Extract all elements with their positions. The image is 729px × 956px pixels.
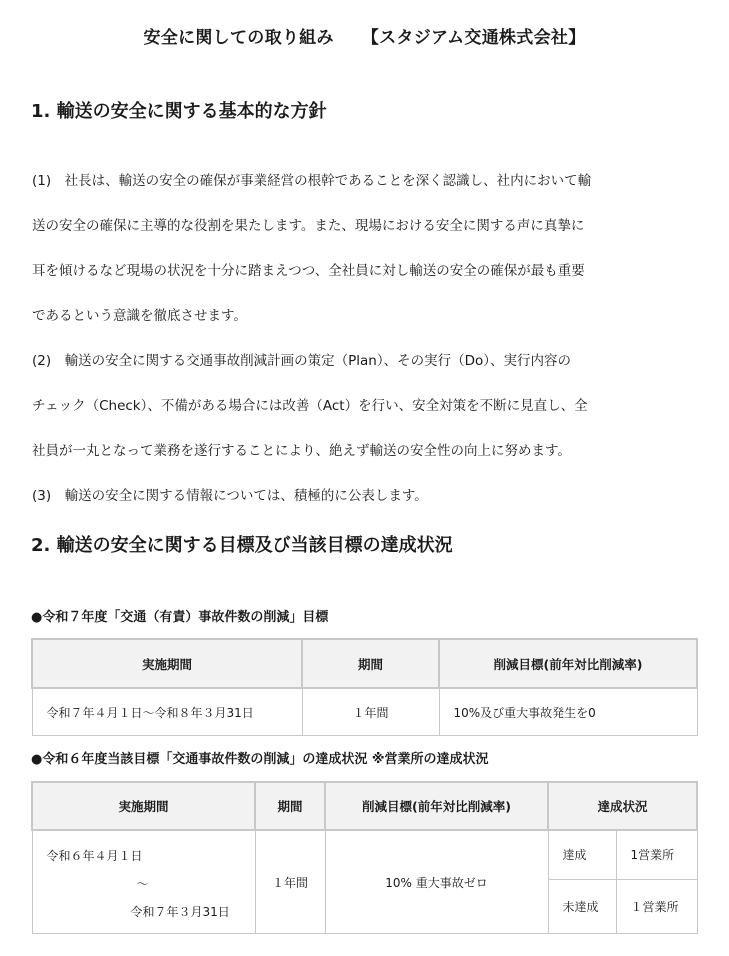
body-line: 耳を傾けるなど現場の状況を十分に踏まえつつ、全社員に対し輸送の安全の確保が最も重… <box>32 249 672 294</box>
status-label: 達成 <box>548 830 616 879</box>
status-value: １営業所 <box>616 879 697 933</box>
col-header: 達成状況 <box>548 782 697 830</box>
period-separator: ～ <box>137 875 149 892</box>
col-header: 期間 <box>302 639 439 688</box>
body-line: 送の安全の確保に主導的な役割を果たします。また、現場における安全に関する声に真摯… <box>32 204 672 249</box>
status-label: 未達成 <box>548 879 616 933</box>
table-header-row: 実施期間 期間 削減目標(前年対比削減率) <box>32 639 697 688</box>
section1-body: (1) 社長は、輸送の安全の確保が事業経営の根幹であることを深く認識し、社内にお… <box>32 159 672 519</box>
page-title: 安全に関しての取り組み【スタジアム交通株式会社】 <box>0 23 729 48</box>
section1-heading: 1. 輸送の安全に関する基本的な方針 <box>31 97 327 123</box>
body-line: チェック（Check）、不備がある場合には改善（Act）を行い、安全対策を不断に… <box>32 384 672 429</box>
status-value: 1営業所 <box>616 830 697 879</box>
col-header: 実施期間 <box>32 639 302 688</box>
body-line: (3) 輸送の安全に関する情報については、積極的に公表します。 <box>32 474 672 519</box>
col-header: 期間 <box>255 782 325 830</box>
table-row: 令和６年４月１日 ～ 令和７年３月31日 １年間 10% 重大事故ゼロ 達成 1… <box>32 830 697 879</box>
result-table-caption: ●令和６年度当該目標「交通事故件数の削減」の達成状況 ※営業所の達成状況 <box>31 748 489 767</box>
table-header-row: 実施期間 期間 削減目標(前年対比削減率) 達成状況 <box>32 782 697 830</box>
table-row: 令和７年４月１日～令和８年３月31日 １年間 10%及び重大事故発生を0 <box>32 688 697 736</box>
period-end: 令和７年３月31日 <box>131 903 230 920</box>
result-table: 実施期間 期間 削減目標(前年対比削減率) 達成状況 令和６年４月１日 ～ 令和… <box>31 781 698 934</box>
duration-cell: １年間 <box>255 830 325 934</box>
company-name: 【スタジアム交通株式会社】 <box>362 28 586 48</box>
duration-cell: １年間 <box>302 688 439 736</box>
period-cell: 令和７年４月１日～令和８年３月31日 <box>32 688 302 736</box>
col-header: 削減目標(前年対比削減率) <box>325 782 548 830</box>
body-line: であるという意識を徹底させます。 <box>32 294 672 339</box>
goal-cell: 10% 重大事故ゼロ <box>325 830 548 934</box>
col-header: 実施期間 <box>32 782 255 830</box>
page-title-main: 安全に関しての取り組み <box>143 28 333 48</box>
body-line: 社員が一丸となって業務を遂行することにより、絶えず輸送の安全性の向上に努めます。 <box>32 429 672 474</box>
goal-cell: 10%及び重大事故発生を0 <box>439 688 697 736</box>
body-line: (1) 社長は、輸送の安全の確保が事業経営の根幹であることを深く認識し、社内にお… <box>32 159 672 204</box>
section2-heading: 2. 輸送の安全に関する目標及び当該目標の達成状況 <box>31 531 453 557</box>
col-header: 削減目標(前年対比削減率) <box>439 639 697 688</box>
target-table: 実施期間 期間 削減目標(前年対比削減率) 令和７年４月１日～令和８年３月31日… <box>31 638 698 736</box>
body-line: (2) 輸送の安全に関する交通事故削減計画の策定（Plan）、その実行（Do）、… <box>32 339 672 384</box>
period-start: 令和６年４月１日 <box>47 847 143 864</box>
period-cell: 令和６年４月１日 ～ 令和７年３月31日 <box>32 830 255 934</box>
target-table-caption: ●令和７年度「交通（有責）事故件数の削減」目標 <box>31 606 328 625</box>
